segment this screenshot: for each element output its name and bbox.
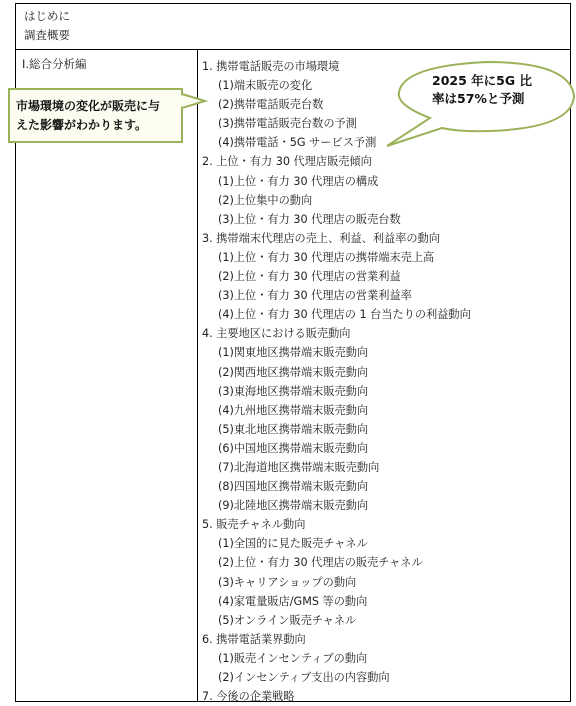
toc-subsection: (8)四国地区携帯端末販売動向: [202, 477, 570, 496]
toc-subsection: (2)インセンティブ支出の内容動向: [202, 668, 570, 687]
callout-right-line-2: 率は57%と予測: [432, 90, 572, 108]
toc-chapter: 5. 販売チャネル動向: [202, 515, 570, 534]
toc-subsection: (3)上位・有力 30 代理店の販売台数: [202, 210, 570, 229]
toc-subsection: (5)オンライン販売チャネル: [202, 611, 570, 630]
toc-subsection: (7)北海道地区携帯端末販売動向: [202, 458, 570, 477]
section-label: Ⅰ.総合分析編: [22, 55, 87, 74]
toc-subsection: (2)関西地区携帯端末販売動向: [202, 363, 570, 382]
toc-subsection: (4)携帯電話・5G サービス予測: [202, 133, 570, 152]
callout-left-line-1: 市場環境の変化が販売に与: [16, 97, 181, 116]
toc-subsection: (2)上位・有力 30 代理店の販売チャネル: [202, 553, 570, 572]
toc-subsection: (4)家電量販店/GMS 等の動向: [202, 592, 570, 611]
toc-subsection: (1)上位・有力 30 代理店の携帯端末売上高: [202, 248, 570, 267]
callout-right-line-1: 2025 年に5G 比: [432, 72, 572, 90]
toc-list: 1. 携帯電話販売の市場環境(1)端末販売の変化(2)携帯電話販売台数(3)携帯…: [202, 57, 570, 706]
toc-subsection: (3)東海地区携帯端末販売動向: [202, 382, 570, 401]
toc-subsection: (2)上位・有力 30 代理店の営業利益: [202, 267, 570, 286]
toc-subsection: (3)上位・有力 30 代理店の営業利益率: [202, 286, 570, 305]
toc-chapter: 4. 主要地区における販売動向: [202, 324, 570, 343]
toc-subsection: (9)北陸地区携帯端末販売動向: [202, 496, 570, 515]
header-row: はじめに 調査概要: [16, 4, 570, 50]
toc-subsection: (6)中国地区携帯端末販売動向: [202, 439, 570, 458]
toc-chapter: 7. 今後の企業戦略: [202, 687, 570, 706]
callout-left-line-2: えた影響がわかります。: [16, 116, 181, 135]
toc-subsection: (1)関東地区携帯端末販売動向: [202, 343, 570, 362]
toc-subsection: (1)上位・有力 30 代理店の構成: [202, 172, 570, 191]
toc-chapter: 2. 上位・有力 30 代理店販売傾向: [202, 152, 570, 171]
toc-subsection: (4)上位・有力 30 代理店の 1 台当たりの利益動向: [202, 305, 570, 324]
intro-heading: はじめに: [24, 7, 70, 26]
toc-subsection: (5)東北地区携帯端末販売動向: [202, 420, 570, 439]
toc-chapter: 6. 携帯電話業界動向: [202, 630, 570, 649]
callout-right: 2025 年に5G 比 率は57%と予測: [402, 72, 572, 108]
column-divider: [197, 49, 198, 701]
toc-subsection: (2)上位集中の動向: [202, 191, 570, 210]
toc-chapter: 3. 携帯端末代理店の売上、利益、利益率の動向: [202, 229, 570, 248]
toc-subsection: (1)全国的に見た販売チャネル: [202, 534, 570, 553]
toc-subsection: (1)販売インセンティブの動向: [202, 649, 570, 668]
toc-subsection: (3)携帯電話販売台数の予測: [202, 114, 570, 133]
callout-left: 市場環境の変化が販売に与 えた影響がわかります。: [8, 88, 183, 143]
toc-subsection: (3)キャリアショップの動向: [202, 573, 570, 592]
toc-subsection: (4)九州地区携帯端末販売動向: [202, 401, 570, 420]
survey-overview-heading: 調査概要: [24, 26, 70, 45]
